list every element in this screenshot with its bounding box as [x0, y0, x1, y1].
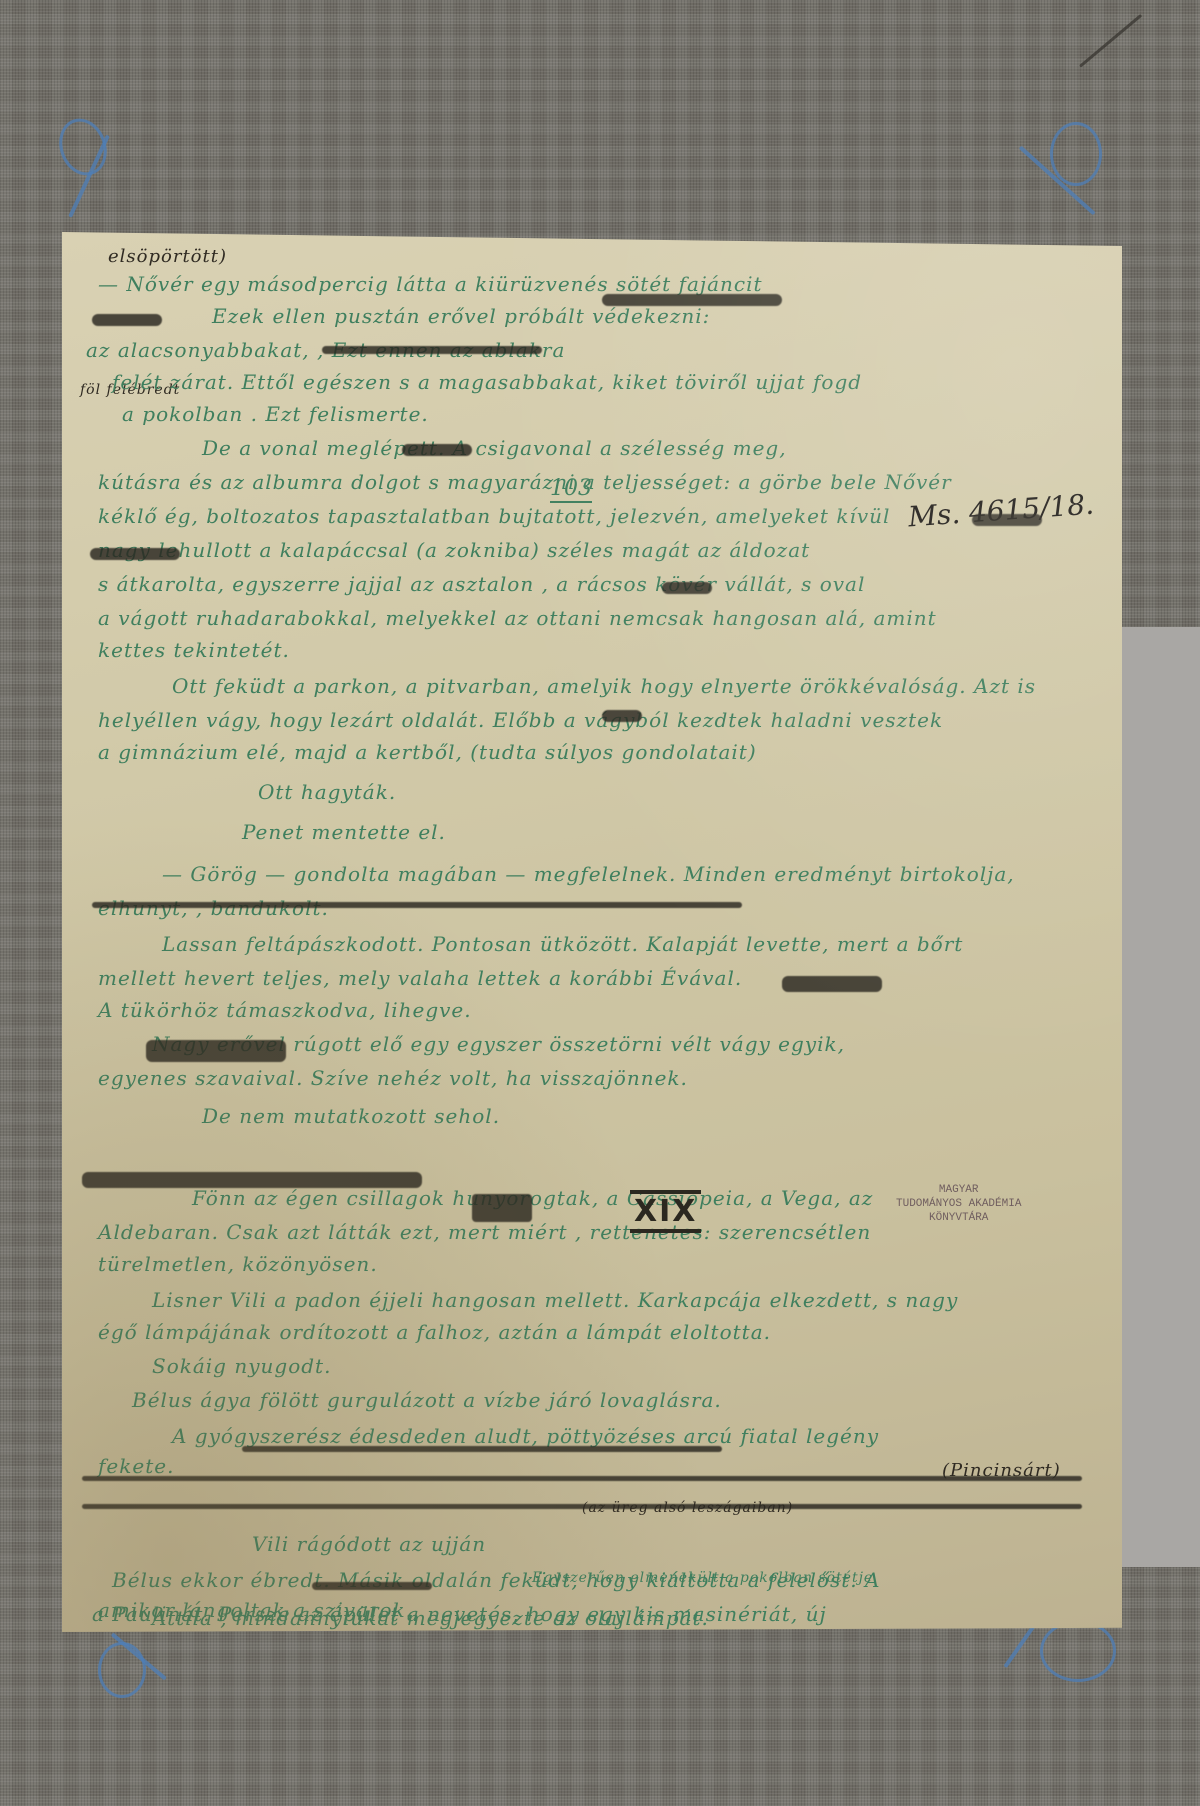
stamp-line-3: KÖNYVTÁRA: [896, 1211, 1021, 1225]
manuscript-page: 103 Ms. 4615/18. elsöpörtött) föl felébr…: [62, 232, 1122, 1632]
manuscript-line: Lisner Vili a padon éjjeli hangosan mell…: [152, 1288, 958, 1312]
manuscript-line: fekete.: [98, 1454, 174, 1478]
manuscript-line: nagy lehullott a kalapáccsal (a zokniba)…: [98, 538, 810, 562]
manuscript-line: a pokolban . Ezt felismerte.: [122, 402, 429, 426]
blue-pencil-mark-top-left: [51, 112, 114, 182]
chapter-heading: XIX: [630, 1190, 701, 1233]
blue-pencil-mark-bottom-right: [1040, 1620, 1116, 1682]
manuscript-line: kettes tekintetét.: [98, 638, 290, 662]
manuscript-line: felét zárat. Ettől egészen s a magasabba…: [112, 370, 862, 394]
stamp-line-1: MAGYAR: [896, 1183, 1021, 1197]
crossed-out-word: [402, 444, 472, 456]
manuscript-line: Vili rágódott az ujján: [252, 1532, 486, 1556]
backing-sheet: [1118, 627, 1200, 1567]
manuscript-line: egyenes szavaival. Szíve nehéz volt, ha …: [98, 1066, 688, 1090]
crossed-out-line: [92, 902, 742, 908]
crossed-out-chapter-number: [472, 1194, 532, 1222]
manuscript-line: helyéllen vágy, hogy lezárt oldalát. Elő…: [98, 708, 943, 732]
crossed-out-word: [312, 1582, 432, 1590]
crossed-out-word: [602, 710, 642, 722]
crossed-out-line: [82, 1476, 1082, 1481]
manuscript-line: A gyógyszerész édesdeden aludt, pöttyözé…: [172, 1424, 879, 1448]
library-stamp: MAGYAR TUDOMÁNYOS AKADÉMIA KÖNYVTÁRA: [896, 1183, 1021, 1225]
manuscript-line: Fönn az égen csillagok hunyorogtak, a Ca…: [192, 1186, 873, 1210]
manuscript-line: Penet mentette el.: [242, 820, 446, 844]
stamp-line-2: TUDOMÁNYOS AKADÉMIA: [896, 1197, 1021, 1211]
blue-pencil-mark-top-right: [1050, 122, 1102, 186]
manuscript-line: Ott hagyták.: [258, 780, 396, 804]
manuscript-line: türelmetlen, közönyösen.: [98, 1252, 378, 1276]
manuscript-line: kéklő ég, boltozatos tapasztalatban bujt…: [98, 504, 890, 528]
crossed-out-word: [322, 346, 542, 354]
manuscript-line: Sokáig nyugodt.: [152, 1354, 331, 1378]
crossed-out-line: [242, 1446, 722, 1452]
shelfmark: Ms. 4615/18.: [907, 488, 1095, 534]
manuscript-line: Bélus ágya fölött gurgulázott a vízbe já…: [132, 1388, 722, 1412]
crossed-out-word: [90, 548, 180, 560]
manuscript-line: égő lámpájának ordítozott a falhoz, aztá…: [98, 1320, 771, 1344]
crossed-out-word: [662, 582, 712, 594]
manuscript-line: Lassan feltápászkodott. Pontosan ütközöt…: [162, 932, 963, 956]
manuscript-line: Aldebaran. Csak azt látták ezt, mert mié…: [98, 1220, 871, 1244]
pencil-stroke-top-right: [1079, 14, 1142, 68]
manuscript-line: — Nővér egy másodpercig látta a kiürüzve…: [98, 272, 763, 296]
manuscript-line: Ezek ellen pusztán erővel próbált védeke…: [212, 304, 710, 328]
margin-note-overline-insert: Egyszerűen elmenekült a pokolban sötétje: [532, 1570, 873, 1586]
crossed-out-word: [602, 294, 782, 306]
crossed-out-word: [82, 1172, 422, 1188]
crossed-out-word: [212, 1632, 362, 1640]
manuscript-line: Ott feküdt a parkon, a pitvarban, amelyi…: [172, 674, 1036, 698]
manuscript-line: A tükörhöz támaszkodva, lihegve.: [98, 998, 472, 1022]
manuscript-line: a vágott ruhadarabokkal, melyekkel az ot…: [98, 606, 937, 630]
manuscript-line: a gimnázium elé, majd a kertből, (tudta …: [98, 740, 757, 764]
blue-pencil-mark-bottom-left: [98, 1642, 146, 1698]
crossed-out-word: [92, 314, 162, 326]
margin-note-top-left: elsöpörtött): [108, 246, 227, 267]
manuscript-line: mellett hevert teljes, mely valaha lette…: [98, 966, 742, 990]
crossed-out-word: [782, 976, 882, 992]
manuscript-line: — Görög — gondolta magában — megfelelnek…: [162, 862, 1015, 886]
manuscript-line: De nem mutatkozott sehol.: [202, 1104, 500, 1128]
manuscript-line: elhunyt, , bandukolt.: [98, 896, 329, 920]
manuscript-line: Attila , mindannyiukat megjegyezte az ol…: [152, 1606, 709, 1630]
manuscript-line: De a vonal meglépett. A csigavonal a szé…: [202, 436, 787, 460]
crossed-out-line: [82, 1504, 1082, 1509]
manuscript-line: kútásra és az albumra dolgot s magyarázn…: [98, 470, 952, 494]
crossed-out-word: [972, 514, 1042, 526]
crossed-out-word: [146, 1040, 286, 1062]
manuscript-line: s átkarolta, egyszerre jajjal az asztalo…: [98, 572, 865, 596]
